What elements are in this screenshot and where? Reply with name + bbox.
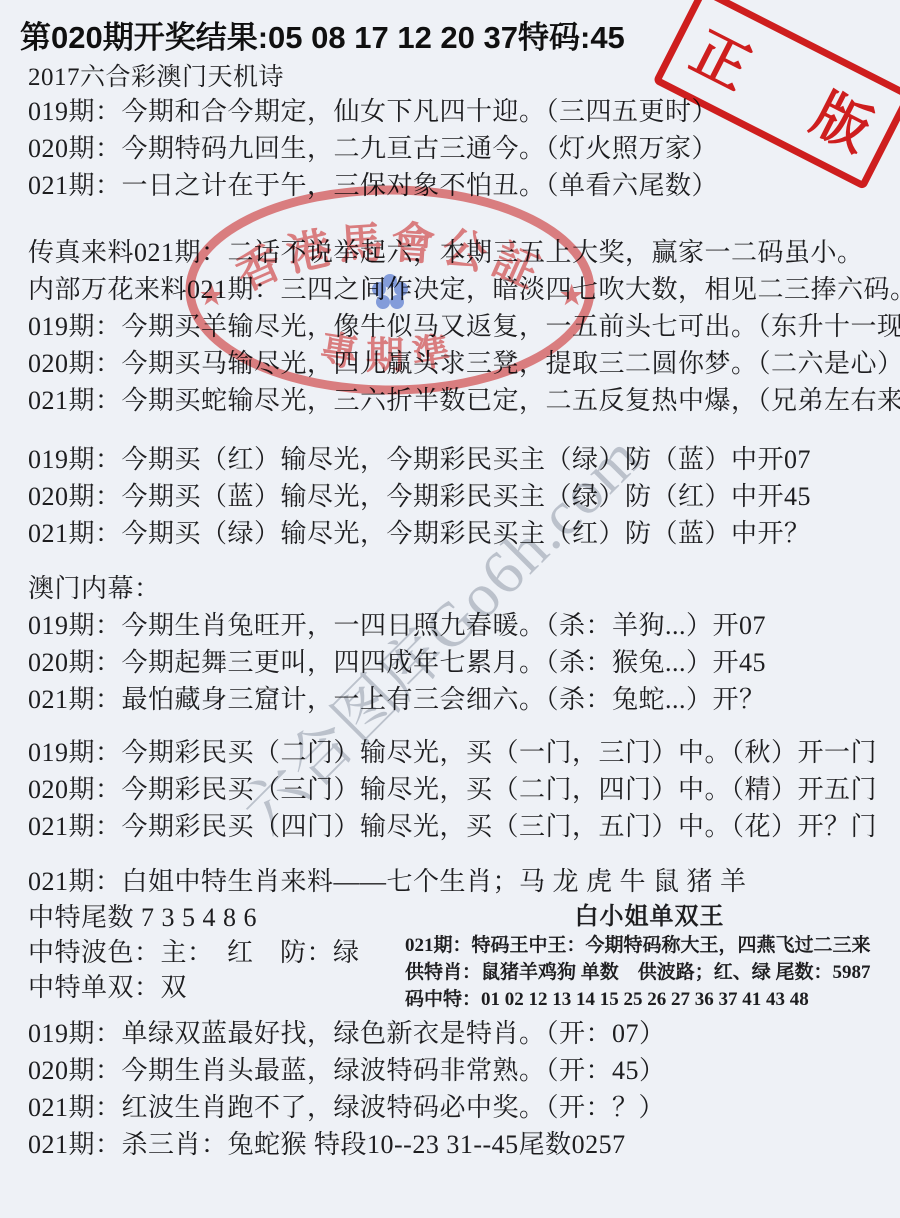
door-line: 019期：今期彩民买（二门）输尽光，买（一门，三门）中。（秋）开一门 bbox=[28, 734, 900, 771]
fax-line: 020期：今期买马输尽光，四儿赢头求三凳，提取三二圆你梦。（二六是心） bbox=[28, 345, 900, 382]
baixiaojie-title: 白小姐单双王 bbox=[405, 902, 894, 932]
color-line: 020期：今期买（蓝）输尽光，今期彩民买主（绿）防（红）中开45 bbox=[28, 478, 900, 515]
baijie-left-line: 中特单双：双 bbox=[28, 970, 405, 1005]
fax-line: 传真来料021期：二话不说举起六，本期三五上大奖，赢家一二码虽小。 bbox=[28, 234, 900, 271]
color-line: 021期：今期买（绿）输尽光，今期彩民买主（红）防（蓝）中开？ bbox=[28, 515, 900, 552]
neimu-line: 019期：今期生肖兔旺开，一四日照九春暖。（杀：羊狗...）开07 bbox=[28, 607, 900, 644]
fax-line: 内部万花来料021期：三四之间作决定，暗淡四七吹大数，相见二三捧六码。 bbox=[28, 271, 900, 308]
baijie-columns: 中特尾数 7 3 5 4 8 6 中特波色：主： 红 防：绿 中特单双：双 白小… bbox=[0, 900, 900, 1013]
section-macau-insider: 澳门内幕： 019期：今期生肖兔旺开，一四日照九春暖。（杀：羊狗...）开07 … bbox=[0, 570, 900, 718]
neimu-line: 021期：最怕藏身三窟计，一上有三会细六。（杀：兔蛇...）开？ bbox=[28, 681, 900, 718]
poem-line: 021期：一日之计在于午，三保对象不怕丑。（单看六尾数） bbox=[28, 167, 900, 204]
fax-line: 019期：今期买羊输尽光，像牛似马又返复，一五前头七可出。（东升十一现） bbox=[28, 308, 900, 345]
baijie-left-line: 中特波色：主： 红 防：绿 bbox=[28, 935, 405, 970]
baixiaojie-line: 码中特：01 02 12 13 14 15 25 26 27 36 37 41 … bbox=[405, 986, 894, 1013]
color-line: 019期：今期买（红）输尽光，今期彩民买主（绿）防（蓝）中开07 bbox=[28, 441, 900, 478]
baixiaojie-line: 供特肖：鼠猪羊鸡狗 单数 供波路；红、绿 尾数：5987 bbox=[405, 959, 894, 986]
section-color-tips: 019期：今期买（红）输尽光，今期彩民买主（绿）防（蓝）中开07 020期：今期… bbox=[0, 441, 900, 552]
authentic-stamp-char: 版 bbox=[800, 71, 886, 168]
baijie-left-column: 中特尾数 7 3 5 4 8 6 中特波色：主： 红 防：绿 中特单双：双 bbox=[0, 900, 405, 1005]
bottom-line: 021期：杀三肖：兔蛇猴 特段10--23 31--45尾数0257 bbox=[28, 1126, 900, 1163]
door-line: 020期：今期彩民买（三门）输尽光，买（二门，四门）中。（精）开五门 bbox=[28, 771, 900, 808]
neimu-title: 澳门内幕： bbox=[28, 570, 900, 607]
bottom-line: 020期：今期生肖头最蓝，绿波特码非常熟。（开：45） bbox=[28, 1052, 900, 1089]
baixiaojie-line: 021期：特码王中王：今期特码称大王，四燕飞过二三来 bbox=[405, 932, 894, 959]
section-baijie: 021期：白姐中特生肖来料——七个生肖；马 龙 虎 牛 鼠 猪 羊 中特尾数 7… bbox=[0, 863, 900, 1013]
section-doors: 019期：今期彩民买（二门）输尽光，买（一门，三门）中。（秋）开一门 020期：… bbox=[0, 734, 900, 845]
door-line: 021期：今期彩民买（四门）输尽光，买（三门，五门）中。（花）开？门 bbox=[28, 808, 900, 845]
section-fax-tips: 传真来料021期：二话不说举起六，本期三五上大奖，赢家一二码虽小。 内部万花来料… bbox=[0, 234, 900, 419]
authentic-stamp-char: 正 bbox=[679, 9, 765, 106]
baijie-right-column: 白小姐单双王 021期：特码王中王：今期特码称大王，四燕飞过二三来 供特肖：鼠猪… bbox=[405, 900, 900, 1013]
baijie-left-line: 中特尾数 7 3 5 4 8 6 bbox=[28, 900, 405, 935]
bottom-line: 021期：红波生肖跑不了，绿波特码必中奖。（开：？） bbox=[28, 1089, 900, 1126]
neimu-line: 020期：今期起舞三更叫，四四成年七累月。（杀：猴兔...）开45 bbox=[28, 644, 900, 681]
tip-sheet-page: 第020期开奖结果:05 08 17 12 20 37特码:45 2017六合彩… bbox=[0, 0, 900, 1218]
fax-line: 021期：今期买蛇输尽光，三六折半数已定，二五反复热中爆，（兄弟左右来） bbox=[28, 382, 900, 419]
baijie-header: 021期：白姐中特生肖来料——七个生肖；马 龙 虎 牛 鼠 猪 羊 bbox=[28, 863, 900, 900]
section-bottom-tips: 019期：单绿双蓝最好找，绿色新衣是特肖。（开：07） 020期：今期生肖头最蓝… bbox=[0, 1015, 900, 1163]
bottom-line: 019期：单绿双蓝最好找，绿色新衣是特肖。（开：07） bbox=[28, 1015, 900, 1052]
